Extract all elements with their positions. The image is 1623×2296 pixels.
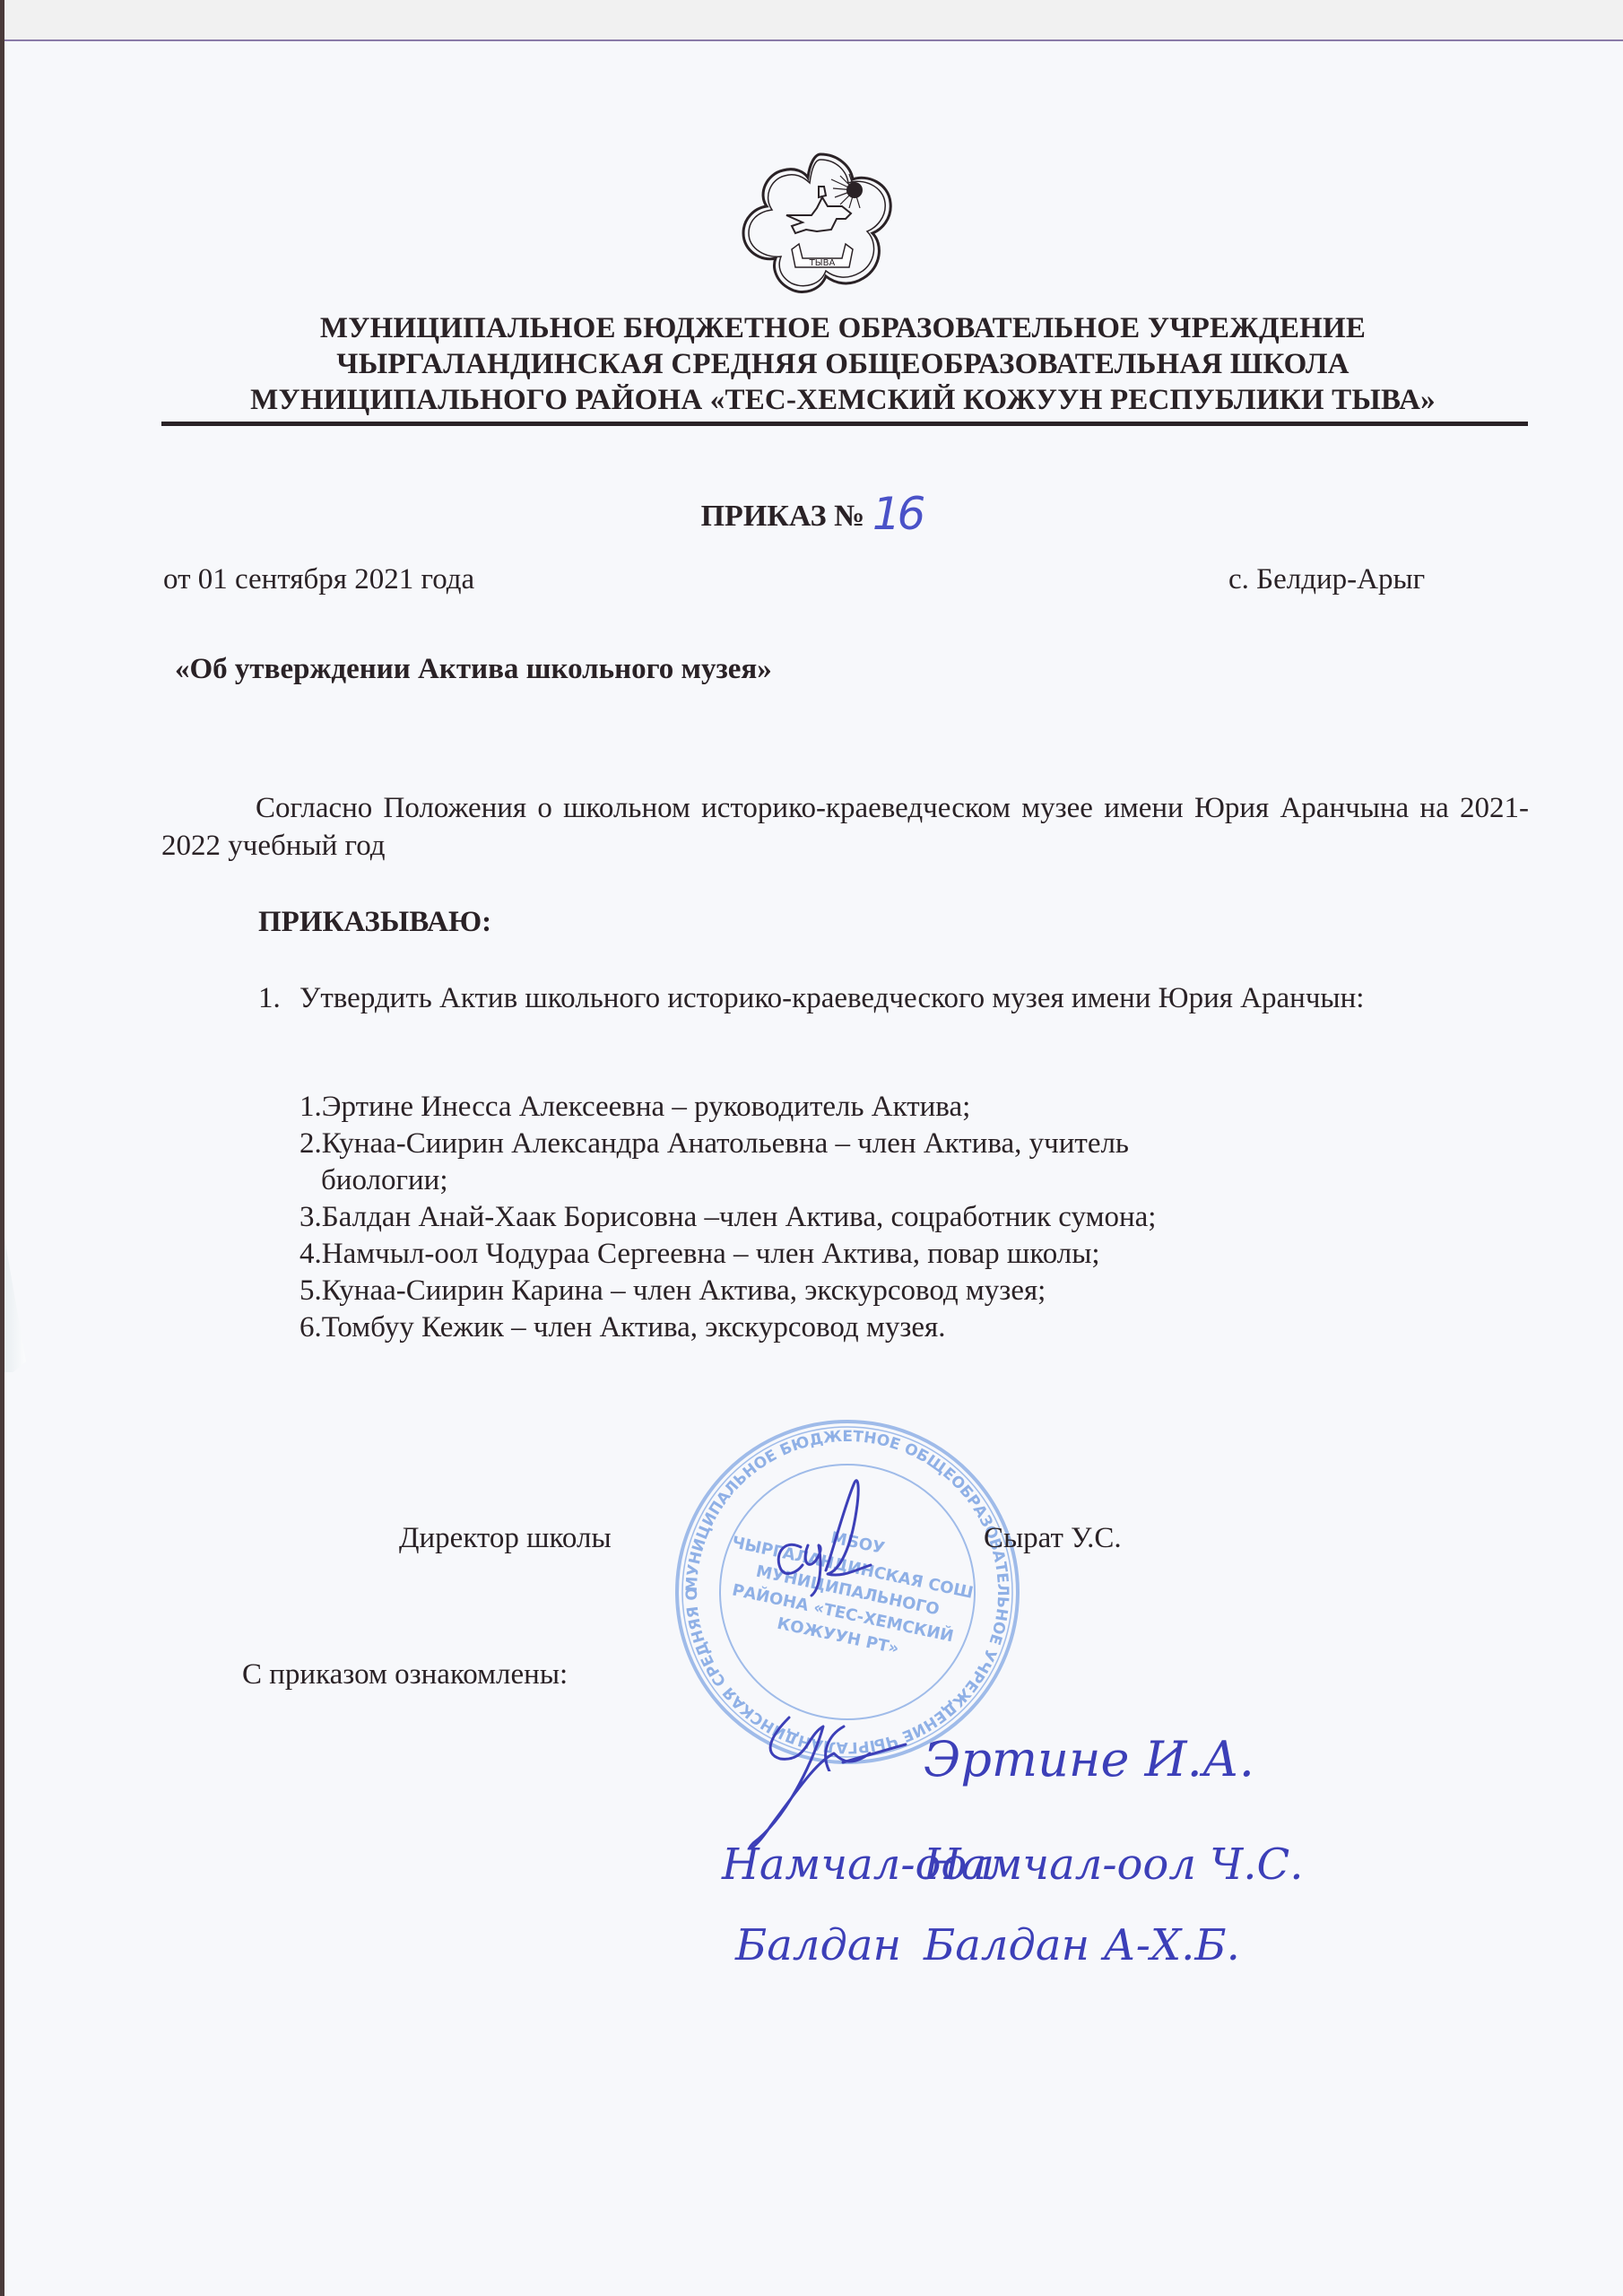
tuva-emblem-icon: ТЫВА (731, 143, 910, 300)
order-number-handwritten: 16 (872, 488, 923, 540)
acknowledgement-signatures: Эртине И.А. Намчал-оол Намчал-оол Ч.С. Б… (717, 1700, 1435, 1978)
list-item: 4.Намчыл-оол Чодураа Сергеевна – член Ак… (299, 1236, 1465, 1273)
org-name-line-2: ЧЫРГАЛАНДИНСКАЯ СРЕДНЯЯ ОБЩЕОБРАЗОВАТЕЛЬ… (152, 348, 1533, 380)
list-item: 3.Балдан Анай-Хаак Борисовна –член Актив… (299, 1199, 1465, 1236)
header-divider (161, 422, 1528, 426)
member-list: 1.Эртине Инесса Алексеевна – руководител… (299, 1089, 1465, 1346)
order-place: с. Белдир-Арыг (1228, 563, 1425, 596)
scan-top-edge (0, 0, 1623, 41)
order-item-number: 1. (258, 980, 281, 1017)
ack-name-2: Намчал-оол Ч.С. (923, 1839, 1304, 1890)
ack-name-3: Балдан А-Х.Б. (923, 1920, 1240, 1970)
scan-left-edge (0, 0, 4, 2296)
order-date: от 01 сентября 2021 года (163, 563, 474, 596)
member-text-continued: биологии; (299, 1162, 1465, 1199)
member-text: 6.Томбуу Кежик – член Актива, экскурсово… (299, 1311, 945, 1344)
member-text: 2.Кунаа-Сиирин Александра Анатольевна – … (299, 1127, 1129, 1160)
order-subject: «Об утверждении Актива школьного музея» (175, 653, 772, 686)
svg-text:ТЫВА: ТЫВА (809, 258, 836, 268)
list-item: 2.Кунаа-Сиирин Александра Анатольевна – … (299, 1126, 1465, 1199)
document-page: ТЫВА МУНИЦИПАЛЬНОЕ БЮДЖЕТНОЕ ОБРАЗОВАТЕЛ… (0, 0, 1623, 2296)
order-item-text: Утвердить Актив школьного историко-краев… (299, 980, 1529, 1017)
order-title: ПРИКАЗ № 16 (0, 484, 1623, 536)
order-title-label: ПРИКАЗ № (701, 500, 865, 533)
member-text: 4.Намчыл-оол Чодураа Сергеевна – член Ак… (299, 1238, 1100, 1270)
list-item: 6.Томбуу Кежик – член Актива, экскурсово… (299, 1309, 1465, 1346)
member-text: 5.Кунаа-Сиирин Карина – член Актива, экс… (299, 1274, 1046, 1307)
order-item-1: 1. Утвердить Актив школьного историко-кр… (258, 980, 1529, 1017)
org-name-line-1: МУНИЦИПАЛЬНОЕ БЮДЖЕТНОЕ ОБРАЗОВАТЕЛЬНОЕ … (152, 312, 1533, 344)
order-directive: ПРИКАЗЫВАЮ: (258, 906, 491, 939)
acknowledgement-label: С приказом ознакомлены: (242, 1658, 568, 1692)
ack-name-1: Эртине И.А. (924, 1731, 1254, 1787)
member-text: 1.Эртине Инесса Алексеевна – руководител… (299, 1091, 970, 1123)
order-preamble: Согласно Положения о школьном историко-к… (161, 789, 1529, 865)
signature-position: Директор школы (399, 1522, 612, 1555)
member-text: 3.Балдан Анай-Хаак Борисовна –член Актив… (299, 1201, 1156, 1233)
ack-sign-3: Балдан (734, 1920, 901, 1970)
list-item: 1.Эртине Инесса Алексеевна – руководител… (299, 1089, 1465, 1126)
org-name-line-3: МУНИЦИПАЛЬНОГО РАЙОНА «ТЕС-ХЕМСКИЙ КОЖУУ… (152, 384, 1533, 416)
list-item: 5.Кунаа-Сиирин Карина – член Актива, экс… (299, 1273, 1465, 1309)
signature-name: Сырат У.С. (984, 1522, 1122, 1555)
folded-corner (4, 1238, 26, 1372)
